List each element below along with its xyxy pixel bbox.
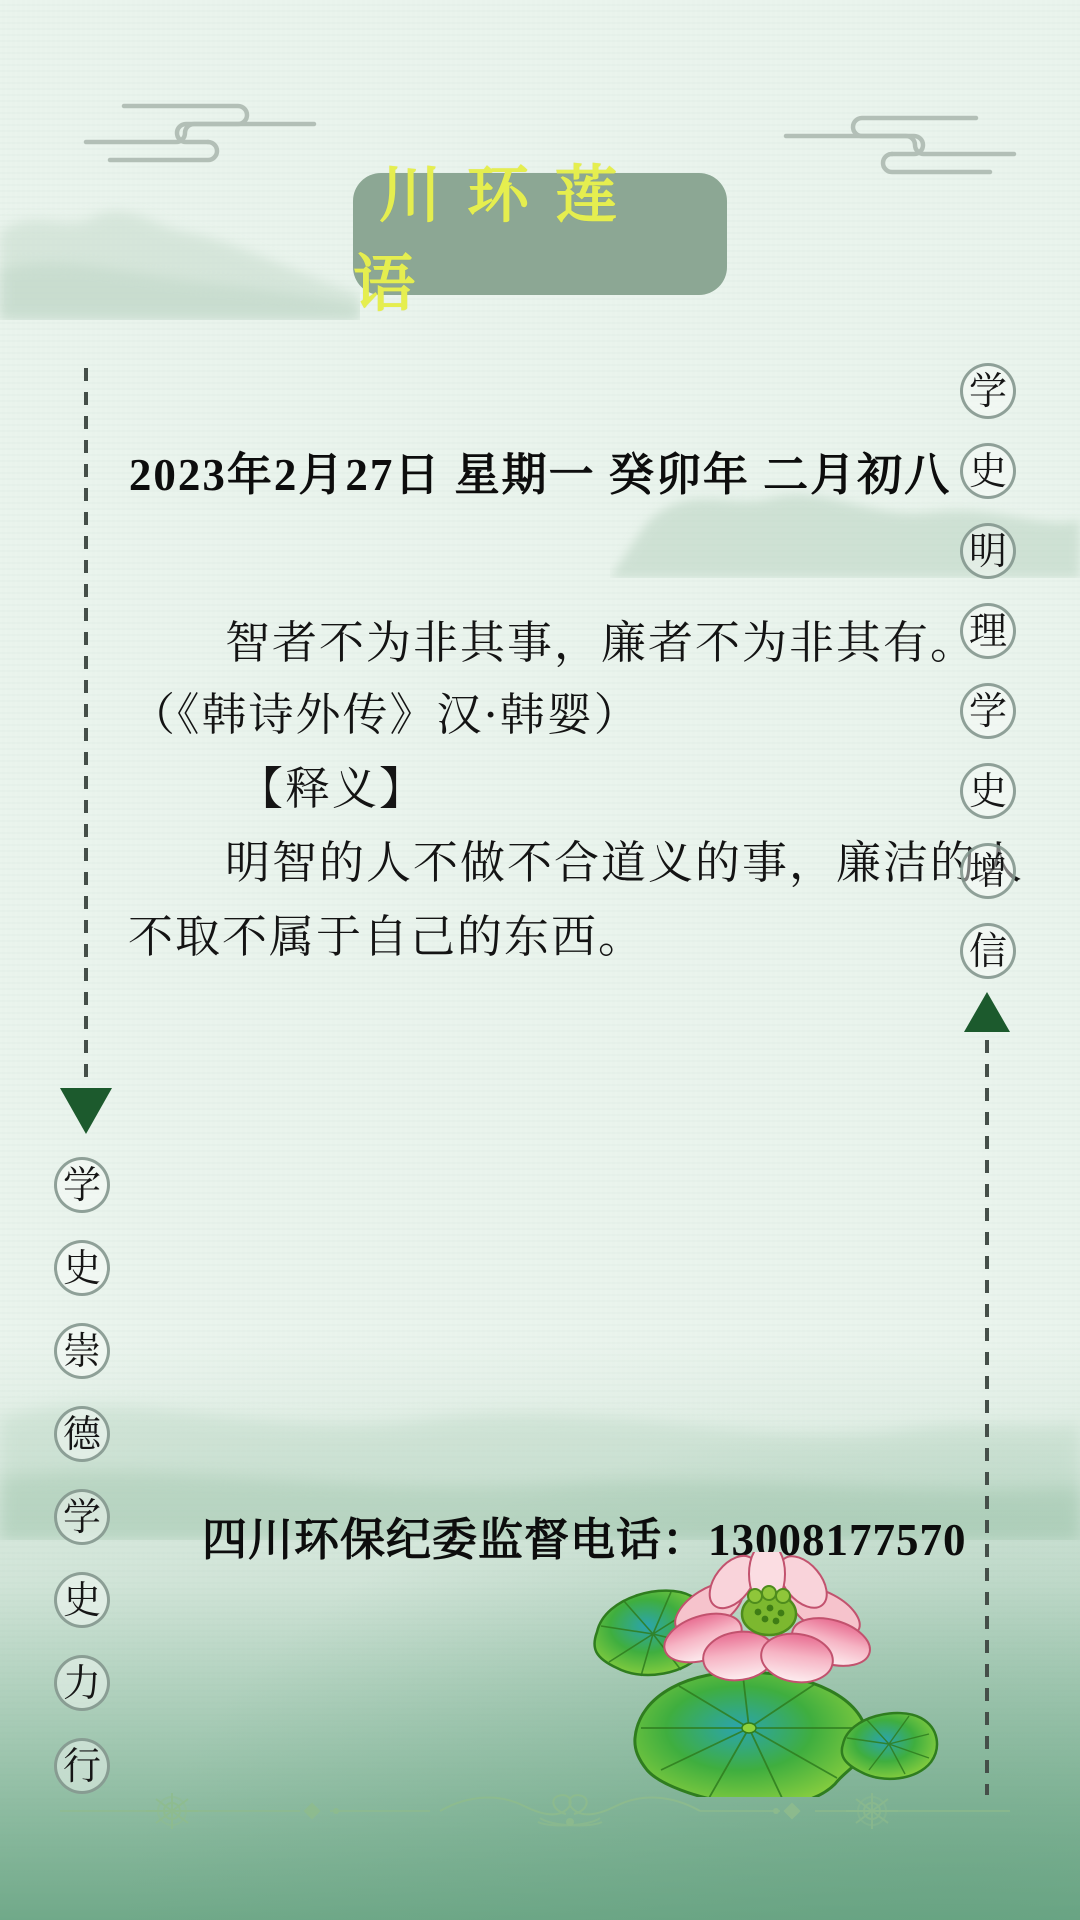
explanation-line: 不取不属于自己的东西。 — [128, 900, 645, 965]
slogan-char: 学 — [63, 1498, 101, 1536]
slogan-char: 明 — [969, 532, 1007, 570]
slogan-char-badge: 崇 — [54, 1323, 110, 1379]
date-line: 2023年2月27日 星期一 癸卯年 二月初八 — [0, 438, 1080, 503]
title-banner: 川环莲语 — [353, 173, 727, 295]
slogan-char-badge: 力 — [54, 1655, 110, 1711]
explanation-line: 明智的人不做不合道义的事，廉洁的人 — [225, 826, 1024, 891]
quote-line: 智者不为非其事，廉者不为非其有。 — [225, 606, 977, 671]
slogan-char: 增 — [969, 852, 1007, 890]
right-slogan-column: 学 史 明 理 学 史 增 信 — [960, 363, 1016, 979]
slogan-char-badge: 学 — [960, 363, 1016, 419]
slogan-char-badge: 信 — [960, 923, 1016, 979]
cloud-scroll-icon — [770, 104, 1020, 182]
slogan-char: 力 — [63, 1664, 101, 1702]
slogan-char-badge: 学 — [54, 1157, 110, 1213]
lotus-illustration — [585, 1552, 945, 1797]
slogan-char-badge: 行 — [54, 1738, 110, 1794]
slogan-char: 史 — [63, 1249, 101, 1287]
quote-source: （《韩诗外传》汉·韩婴） — [130, 678, 641, 743]
slogan-char-badge: 德 — [54, 1406, 110, 1462]
section-label: 【释义】 — [238, 752, 426, 817]
slogan-char-badge: 理 — [960, 603, 1016, 659]
floral-divider-icon — [0, 1788, 1080, 1834]
arrow-down-icon — [60, 1088, 112, 1134]
slogan-char-badge: 史 — [54, 1572, 110, 1628]
title-text: 川环莲语 — [353, 145, 727, 323]
slogan-char-badge: 增 — [960, 843, 1016, 899]
slogan-char: 学 — [969, 372, 1007, 410]
slogan-char: 理 — [969, 612, 1007, 650]
slogan-char: 德 — [63, 1415, 101, 1453]
cloud-scroll-icon — [80, 92, 330, 170]
slogan-char: 崇 — [63, 1332, 101, 1370]
slogan-char-badge: 学 — [54, 1489, 110, 1545]
slogan-char: 学 — [969, 692, 1007, 730]
slogan-char: 学 — [63, 1166, 101, 1204]
slogan-char-badge: 史 — [54, 1240, 110, 1296]
slogan-char-badge: 史 — [960, 443, 1016, 499]
dashed-rail-left — [84, 368, 88, 1086]
left-slogan-column: 学 史 崇 德 学 史 力 行 — [54, 1157, 110, 1794]
dashed-rail-right — [985, 1040, 989, 1795]
slogan-char-badge: 明 — [960, 523, 1016, 579]
arrow-up-icon — [964, 992, 1010, 1032]
poster: 川环莲语 2023年2月27日 星期一 癸卯年 二月初八 智者不为非其事，廉者不… — [0, 0, 1080, 1920]
slogan-char: 行 — [63, 1747, 101, 1785]
slogan-char: 史 — [63, 1581, 101, 1619]
slogan-char: 信 — [969, 932, 1007, 970]
slogan-char: 史 — [969, 452, 1007, 490]
slogan-char: 史 — [969, 772, 1007, 810]
slogan-char-badge: 学 — [960, 683, 1016, 739]
slogan-char-badge: 史 — [960, 763, 1016, 819]
